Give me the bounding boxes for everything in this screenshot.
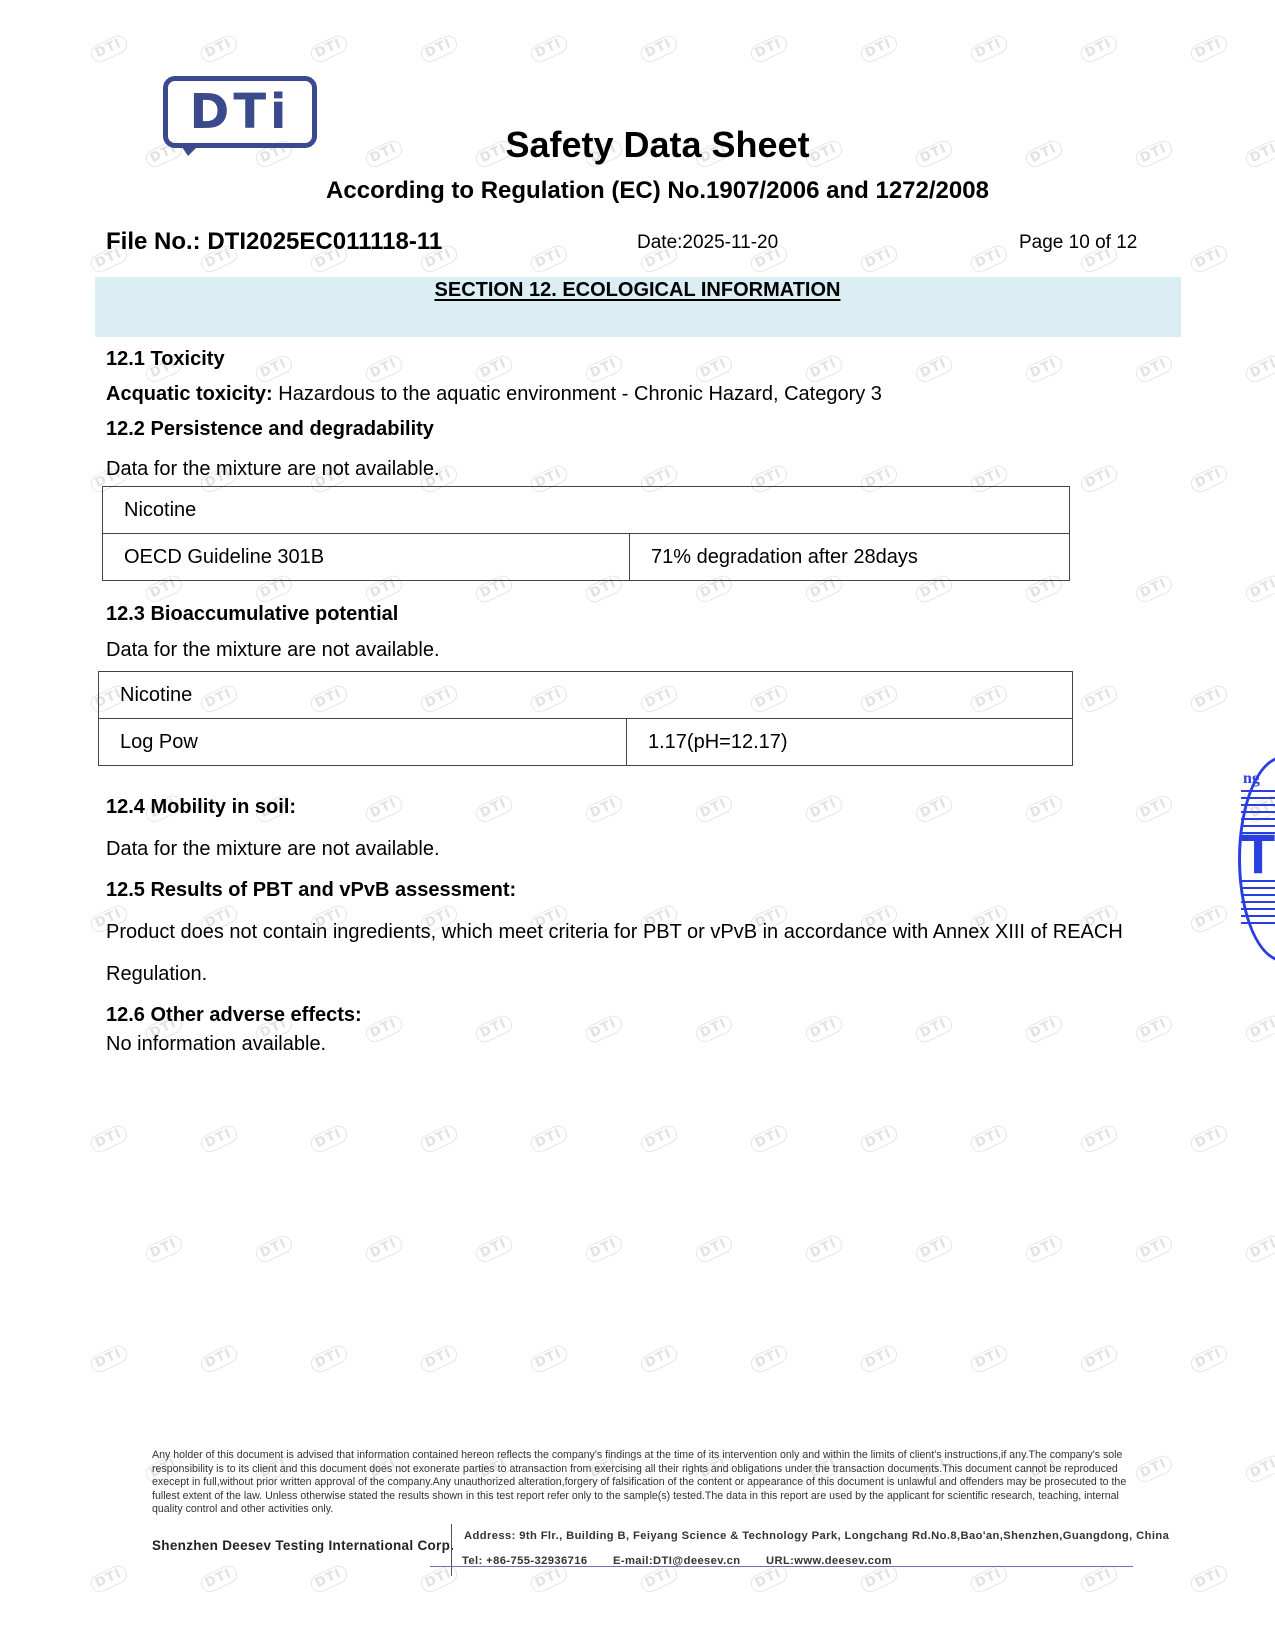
watermark-mark: DTI xyxy=(198,33,240,65)
watermark-mark: DTI xyxy=(528,1343,570,1375)
watermark-mark: DTI xyxy=(1133,573,1175,605)
footer-divider xyxy=(451,1524,452,1576)
watermark-mark: DTI xyxy=(1078,1343,1120,1375)
watermark-mark: DTI xyxy=(1188,903,1230,935)
document-title: Safety Data Sheet xyxy=(0,124,1275,166)
watermark-mark: DTI xyxy=(913,793,955,825)
watermark-mark: DTI xyxy=(1188,33,1230,65)
aquatic-toxicity-label: Acquatic toxicity: xyxy=(106,383,273,405)
watermark-mark: DTI xyxy=(1023,793,1065,825)
watermark-mark: DTI xyxy=(528,243,570,275)
watermark-mark: DTI xyxy=(858,1563,900,1595)
watermark-mark: DTI xyxy=(528,33,570,65)
watermark-mark: DTI xyxy=(968,33,1010,65)
file-number: File No.: DTI2025EC011118-11 xyxy=(106,228,442,256)
watermark-mark: DTI xyxy=(253,1233,295,1265)
watermark-mark: DTI xyxy=(803,1233,845,1265)
result-cell: 1.17(pH=12.17) xyxy=(627,719,1073,766)
watermark-mark: DTI xyxy=(1078,463,1120,495)
watermark-mark: DTI xyxy=(1078,683,1120,715)
stamp-text: ng xyxy=(1243,770,1260,788)
watermark-mark: DTI xyxy=(858,243,900,275)
watermark-mark: DTI xyxy=(968,1123,1010,1155)
watermark-mark: DTI xyxy=(748,1123,790,1155)
watermark-mark: DTI xyxy=(638,33,680,65)
method-cell: OECD Guideline 301B xyxy=(103,534,630,581)
watermark-mark: DTI xyxy=(528,1123,570,1155)
watermark-mark: DTI xyxy=(968,1343,1010,1375)
watermark-mark: DTI xyxy=(803,1013,845,1045)
watermark-mark: DTI xyxy=(693,1233,735,1265)
watermark-mark: DTI xyxy=(418,33,460,65)
mobility-text: Data for the mixture are not available. xyxy=(106,838,440,861)
watermark-mark: DTI xyxy=(308,1343,350,1375)
footer-disclaimer: Any holder of this document is advised t… xyxy=(152,1449,1137,1517)
persistence-text: Data for the mixture are not available. xyxy=(106,458,440,481)
watermark-mark: DTI xyxy=(253,353,295,385)
substance-cell: Nicotine xyxy=(99,672,1073,719)
company-email[interactable]: E-mail:DTI@deesev.cn xyxy=(613,1555,741,1567)
company-contact: Tel: +86-755-32936716 E-mail:DTI@deesev.… xyxy=(462,1555,914,1567)
heading-12-4: 12.4 Mobility in soil: xyxy=(106,796,296,819)
watermark-mark: DTI xyxy=(473,353,515,385)
watermark-mark: DTI xyxy=(638,1343,680,1375)
watermark-mark: DTI xyxy=(1133,793,1175,825)
heading-12-1: 12.1 Toxicity xyxy=(106,348,225,371)
watermark-mark: DTI xyxy=(363,793,405,825)
substance-cell: Nicotine xyxy=(103,487,1070,534)
watermark-mark: DTI xyxy=(363,1233,405,1265)
watermark-mark: DTI xyxy=(308,1563,350,1595)
heading-12-6: 12.6 Other adverse effects: xyxy=(106,1004,362,1027)
watermark-mark: DTI xyxy=(473,1233,515,1265)
watermark-mark: DTI xyxy=(583,353,625,385)
watermark-mark: DTI xyxy=(1188,463,1230,495)
watermark-mark: DTI xyxy=(913,1233,955,1265)
watermark-mark: DTI xyxy=(1133,1453,1175,1485)
degradability-table: Nicotine OECD Guideline 301B 71% degrada… xyxy=(102,486,1070,581)
watermark-mark: DTI xyxy=(968,1563,1010,1595)
watermark-mark: DTI xyxy=(473,1013,515,1045)
watermark-mark: DTI xyxy=(748,1343,790,1375)
company-name: Shenzhen Deesev Testing International Co… xyxy=(152,1538,454,1553)
watermark-mark: DTI xyxy=(1243,353,1275,385)
watermark-mark: DTI xyxy=(858,1343,900,1375)
watermark-mark: DTI xyxy=(583,1013,625,1045)
watermark-mark: DTI xyxy=(308,1123,350,1155)
table-row: Nicotine xyxy=(103,487,1070,534)
section-title-text: SECTION 12. ECOLOGICAL INFORMATION xyxy=(435,279,841,301)
aquatic-toxicity-line: Acquatic toxicity: Hazardous to the aqua… xyxy=(106,383,882,406)
watermark-mark: DTI xyxy=(803,353,845,385)
watermark-mark: DTI xyxy=(418,1123,460,1155)
watermark-mark: DTI xyxy=(88,1123,130,1155)
watermark-mark: DTI xyxy=(1023,1013,1065,1045)
document-date: Date:2025-11-20 xyxy=(637,232,778,254)
watermark-mark: DTI xyxy=(748,1563,790,1595)
heading-12-3: 12.3 Bioaccumulative potential xyxy=(106,603,398,626)
watermark-mark: DTI xyxy=(748,33,790,65)
watermark-mark: DTI xyxy=(583,1233,625,1265)
watermark-mark: DTI xyxy=(1023,1233,1065,1265)
watermark-mark: DTI xyxy=(1188,243,1230,275)
watermark-mark: DTI xyxy=(1188,1343,1230,1375)
watermark-mark: DTI xyxy=(1188,1123,1230,1155)
pbt-text-line2: Regulation. xyxy=(106,963,207,986)
watermark-mark: DTI xyxy=(363,353,405,385)
table-row: OECD Guideline 301B 71% degradation afte… xyxy=(103,534,1070,581)
watermark-mark: DTI xyxy=(858,33,900,65)
watermark-mark: DTI xyxy=(418,1343,460,1375)
watermark-mark: DTI xyxy=(858,1123,900,1155)
bioaccumulative-table: Nicotine Log Pow 1.17(pH=12.17) xyxy=(98,671,1073,766)
pbt-text-line1: Product does not contain ingredients, wh… xyxy=(106,921,1123,944)
page-number: Page 10 of 12 xyxy=(1019,232,1137,254)
watermark-mark: DTI xyxy=(638,1123,680,1155)
watermark-mark: DTI xyxy=(968,243,1010,275)
company-url[interactable]: URL:www.deesev.com xyxy=(766,1555,892,1567)
watermark-mark: DTI xyxy=(1078,1123,1120,1155)
method-cell: Log Pow xyxy=(99,719,627,766)
watermark-mark: DTI xyxy=(1078,33,1120,65)
company-tel: Tel: +86-755-32936716 xyxy=(462,1555,587,1567)
watermark-mark: DTI xyxy=(198,1563,240,1595)
watermark-mark: DTI xyxy=(583,793,625,825)
table-row: Log Pow 1.17(pH=12.17) xyxy=(99,719,1073,766)
stamp-lines-icon xyxy=(1241,880,1275,928)
watermark-mark: DTI xyxy=(1188,683,1230,715)
watermark-mark: DTI xyxy=(1078,1563,1120,1595)
company-address: Address: 9th Flr., Building B, Feiyang S… xyxy=(464,1530,1169,1542)
watermark-mark: DTI xyxy=(198,1123,240,1155)
watermark-mark: DTI xyxy=(693,353,735,385)
watermark-mark: DTI xyxy=(1188,1563,1230,1595)
watermark-mark: DTI xyxy=(143,1233,185,1265)
watermark-mark: DTI xyxy=(1023,353,1065,385)
heading-12-2: 12.2 Persistence and degradability xyxy=(106,418,434,441)
watermark-mark: DTI xyxy=(528,1563,570,1595)
watermark-mark: DTI xyxy=(198,1343,240,1375)
heading-12-5: 12.5 Results of PBT and vPvB assessment: xyxy=(106,879,516,902)
table-row: Nicotine xyxy=(99,672,1073,719)
document-subtitle: According to Regulation (EC) No.1907/200… xyxy=(0,177,1275,205)
stamp-letter: T xyxy=(1241,826,1275,882)
bioaccumulative-text: Data for the mixture are not available. xyxy=(106,639,440,662)
watermark-mark: DTI xyxy=(1133,1233,1175,1265)
result-cell: 71% degradation after 28days xyxy=(630,534,1070,581)
watermark-mark: DTI xyxy=(88,1343,130,1375)
watermark-mark: DTI xyxy=(1243,1013,1275,1045)
watermark-mark: DTI xyxy=(1243,573,1275,605)
watermark-mark: DTI xyxy=(913,1013,955,1045)
watermark-mark: DTI xyxy=(308,33,350,65)
watermark-mark: DTI xyxy=(638,1563,680,1595)
section-title: SECTION 12. ECOLOGICAL INFORMATION xyxy=(0,279,1275,302)
watermark-mark: DTI xyxy=(1243,1233,1275,1265)
watermark-mark: DTI xyxy=(363,1013,405,1045)
watermark-mark: DTI xyxy=(803,793,845,825)
watermark-mark: DTI xyxy=(913,353,955,385)
other-effects-text: No information available. xyxy=(106,1033,326,1056)
watermark-mark: DTI xyxy=(1243,1453,1275,1485)
watermark-mark: DTI xyxy=(693,793,735,825)
watermark-mark: DTI xyxy=(418,1563,460,1595)
watermark-mark: DTI xyxy=(1133,353,1175,385)
watermark-mark: DTI xyxy=(1133,1013,1175,1045)
watermark-mark: DTI xyxy=(88,33,130,65)
watermark-mark: DTI xyxy=(693,1013,735,1045)
watermark-mark: DTI xyxy=(473,793,515,825)
aquatic-toxicity-value: Hazardous to the aquatic environment - C… xyxy=(273,383,882,405)
watermark-mark: DTI xyxy=(88,1563,130,1595)
